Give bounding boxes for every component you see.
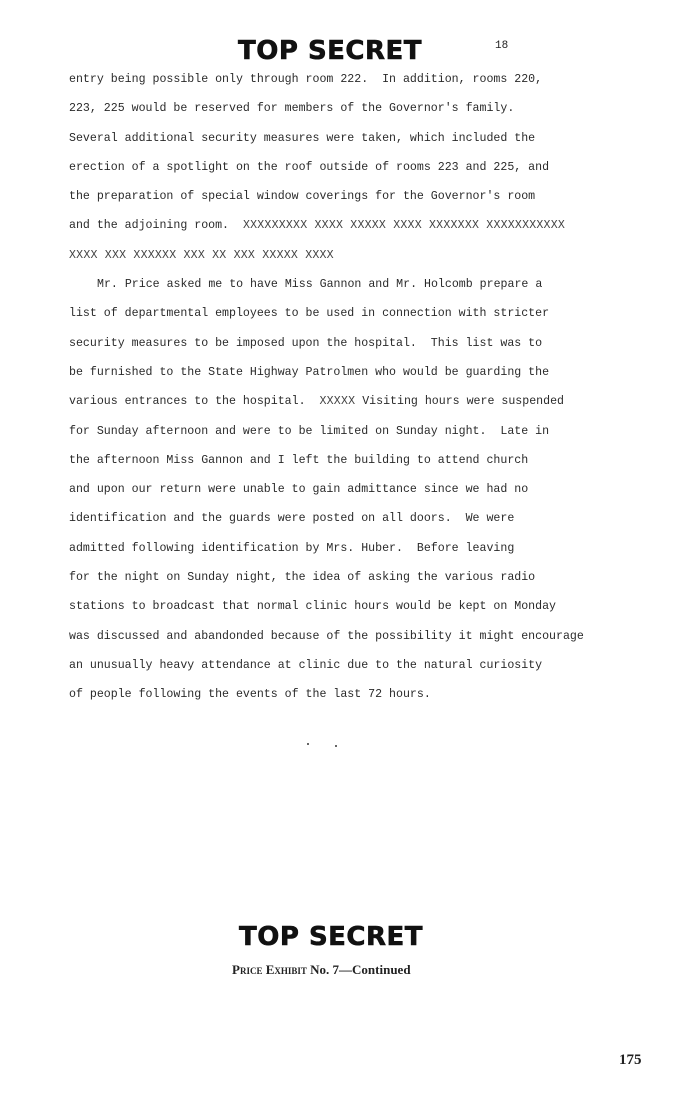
line-text: and upon our return were unable to gain …: [69, 483, 528, 496]
text-line: and upon our return were unable to gain …: [69, 475, 629, 504]
line-text: identification and the guards were poste…: [69, 512, 514, 525]
text-line: the preparation of special window coveri…: [69, 182, 629, 211]
text-line: entry being possible only through room 2…: [69, 65, 629, 94]
top-secret-stamp-footer: TOP SECRET: [239, 922, 423, 952]
line-text: admitted following identification by Mrs…: [69, 542, 514, 555]
line-text: various entrances to the hospital.: [69, 395, 319, 408]
text-line: identification and the guards were poste…: [69, 504, 629, 533]
text-line: stations to broadcast that normal clinic…: [69, 592, 629, 621]
text-line: the afternoon Miss Gannon and I left the…: [69, 446, 629, 475]
line-text: be furnished to the State Highway Patrol…: [69, 366, 549, 379]
text-line: was discussed and abandonded because of …: [69, 622, 629, 651]
text-line: security measures to be imposed upon the…: [69, 329, 629, 358]
line-text: of people following the events of the la…: [69, 688, 431, 701]
text-line: list of departmental employees to be use…: [69, 299, 629, 328]
line-text: 223, 225 would be reserved for members o…: [69, 102, 514, 115]
exhibit-caption: Price Exhibit No. 7—Continued: [232, 962, 411, 978]
line-text: list of departmental employees to be use…: [69, 307, 549, 320]
text-line: erection of a spotlight on the roof outs…: [69, 153, 629, 182]
exhibit-caption-title: Price Exhibit: [232, 962, 307, 977]
text-line: Mr. Price asked me to have Miss Gannon a…: [69, 270, 629, 299]
scan-speck: [307, 743, 309, 745]
text-line: XXXX XXX XXXXXX XXX XX XXX XXXXX XXXX: [69, 241, 629, 270]
line-text: Several additional security measures wer…: [69, 132, 535, 145]
scan-speck: [335, 745, 337, 747]
line-text-continued: Visiting hours were suspended: [355, 395, 564, 408]
line-text: for the night on Sunday night, the idea …: [69, 571, 535, 584]
redacted-text: XXXXXXXXX XXXX XXXXX XXXX XXXXXXX XXXXXX…: [243, 219, 565, 232]
typed-page-number: 18: [495, 40, 508, 52]
text-line: Several additional security measures wer…: [69, 124, 629, 153]
line-text: for Sunday afternoon and were to be limi…: [69, 425, 549, 438]
text-line: various entrances to the hospital. XXXXX…: [69, 387, 629, 416]
redacted-text: XXXXX: [319, 395, 355, 408]
redacted-text: XXXX XXX XXXXXX XXX XX XXX XXXXX XXXX: [69, 249, 334, 262]
line-text: entry being possible only through room 2…: [69, 73, 542, 86]
top-secret-stamp-header: TOP SECRET: [238, 36, 422, 66]
line-text: the preparation of special window coveri…: [69, 190, 535, 203]
text-line: an unusually heavy attendance at clinic …: [69, 651, 629, 680]
text-line: be furnished to the State Highway Patrol…: [69, 358, 629, 387]
line-text: an unusually heavy attendance at clinic …: [69, 659, 542, 672]
line-text: was discussed and abandonded because of …: [69, 630, 584, 643]
exhibit-caption-number: No. 7—Continued: [307, 962, 411, 977]
line-text: erection of a spotlight on the roof outs…: [69, 161, 549, 174]
text-line: of people following the events of the la…: [69, 680, 629, 709]
text-line: and the adjoining room. XXXXXXXXX XXXX X…: [69, 211, 629, 240]
line-text: security measures to be imposed upon the…: [69, 337, 542, 350]
line-text: stations to broadcast that normal clinic…: [69, 600, 556, 613]
page-number: 175: [619, 1052, 642, 1069]
document-body: entry being possible only through room 2…: [69, 65, 629, 710]
text-line: admitted following identification by Mrs…: [69, 534, 629, 563]
text-line: for the night on Sunday night, the idea …: [69, 563, 629, 592]
text-line: for Sunday afternoon and were to be limi…: [69, 417, 629, 446]
line-text: the afternoon Miss Gannon and I left the…: [69, 454, 528, 467]
text-line: 223, 225 would be reserved for members o…: [69, 94, 629, 123]
line-text: and the adjoining room.: [69, 219, 243, 232]
line-text: Mr. Price asked me to have Miss Gannon a…: [97, 278, 542, 291]
